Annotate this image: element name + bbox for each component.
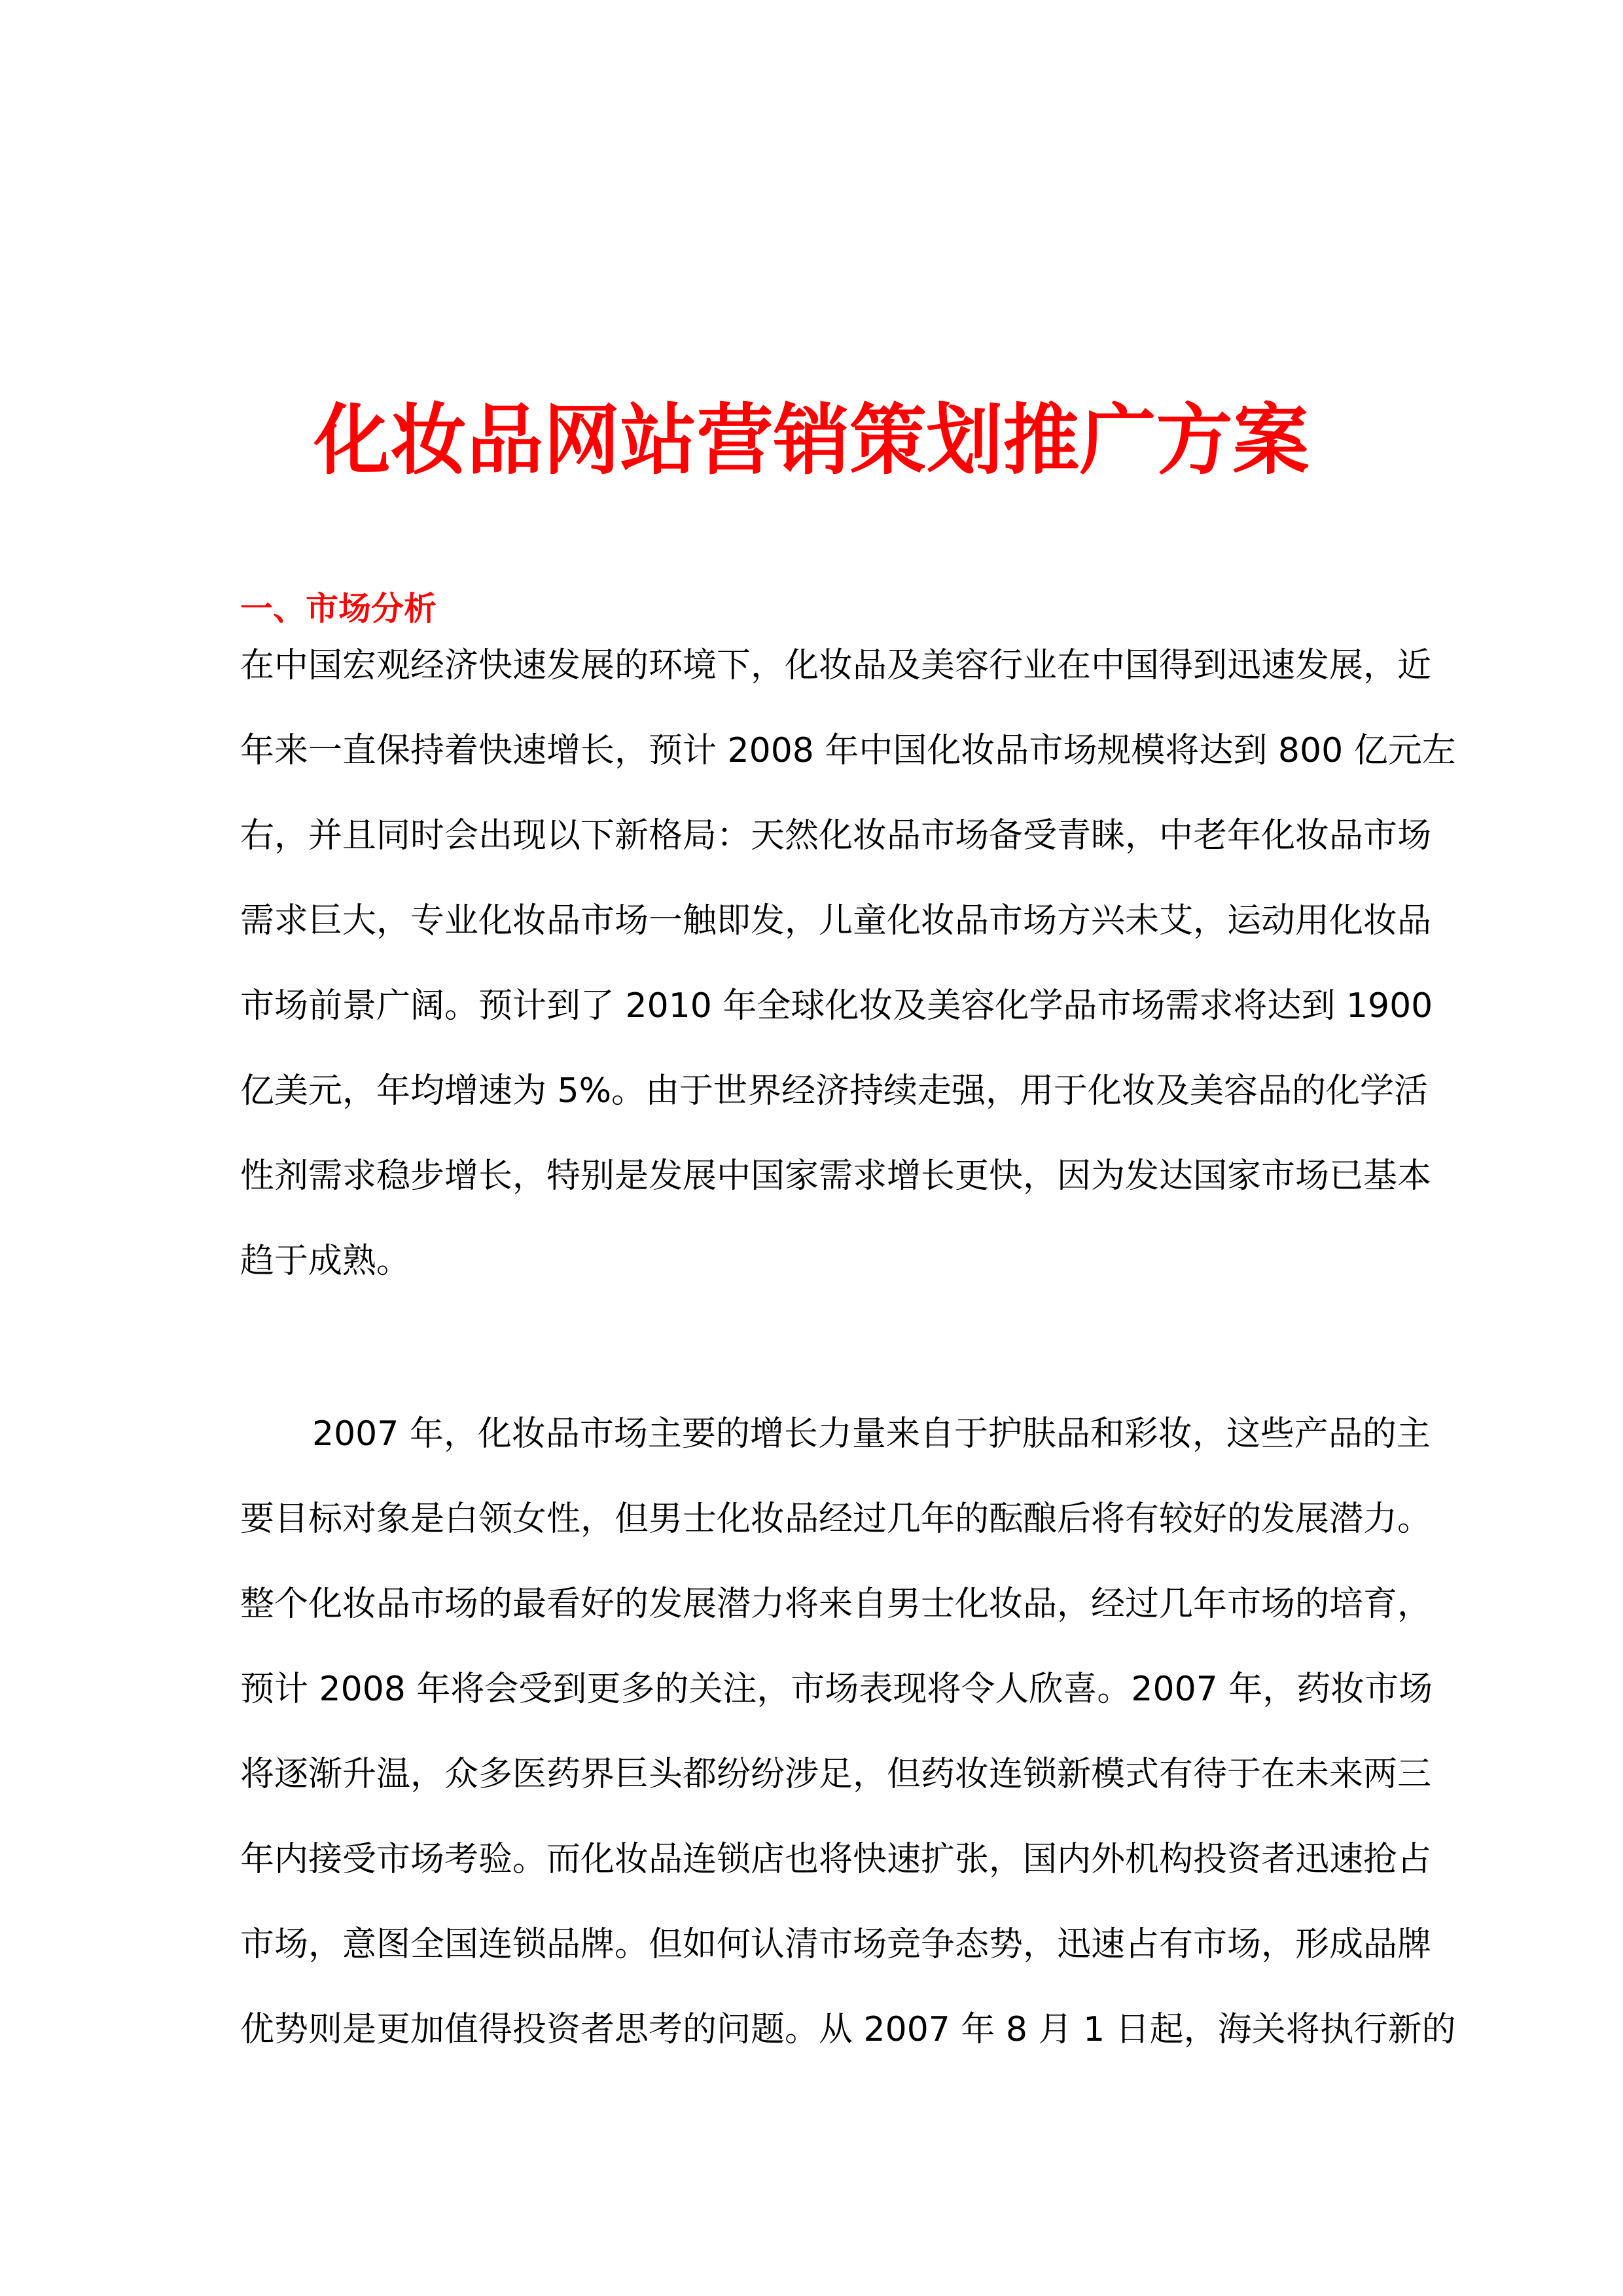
paragraph-2007-trends: 2007 年，化妆品市场主要的增长力量来自于护肤品和彩妆，这些产品的主 要目标对… (240, 1391, 1381, 2072)
paragraph-line: 预计 2008 年将会受到更多的关注，市场表现将令人欣喜。2007 年，药妆市场 (240, 1647, 1381, 1732)
paragraph-line: 2007 年，化妆品市场主要的增长力量来自于护肤品和彩妆，这些产品的主 (240, 1391, 1381, 1477)
paragraph-line: 市场前景广阔。预计到了 2010 年全球化妆及美容化学品市场需求将达到 1900 (240, 963, 1381, 1049)
document-title: 化妆品网站营销策划推广方案 (0, 398, 1623, 483)
paragraph-line: 性剂需求稳步增长，特别是发展中国家需求增长更快，因为发达国家市场已基本 (240, 1134, 1381, 1219)
paragraph-line: 右，并且同时会出现以下新格局：天然化妆品市场备受青睐，中老年化妆品市场 (240, 793, 1381, 878)
document-page: 化妆品网站营销策划推广方案 一、市场分析 在中国宏观经济快速发展的环境下，化妆品… (0, 0, 1623, 2296)
paragraph-line: 将逐渐升温，众多医药界巨头都纷纷涉足，但药妆连锁新模式有待于在未来两三 (240, 1732, 1381, 1817)
paragraph-line: 年内接受市场考验。而化妆品连锁店也将快速扩张，国内外机构投资者迅速抢占 (240, 1817, 1381, 1902)
paragraph-line: 趋于成熟。 (240, 1219, 1381, 1304)
paragraph-line: 优势则是更加值得投资者思考的问题。从 2007 年 8 月 1 日起，海关将执行… (240, 1987, 1381, 2072)
paragraph-line: 要目标对象是白领女性，但男士化妆品经过几年的酝酿后将有较好的发展潜力。 (240, 1477, 1381, 1562)
paragraph-market-overview: 在中国宏观经济快速发展的环境下，化妆品及美容行业在中国得到迅速发展，近 年来一直… (240, 623, 1381, 1304)
paragraph-line: 在中国宏观经济快速发展的环境下，化妆品及美容行业在中国得到迅速发展，近 (240, 623, 1381, 708)
paragraph-line: 市场，意图全国连锁品牌。但如何认清市场竞争态势，迅速占有市场，形成品牌 (240, 1902, 1381, 1987)
paragraph-line: 整个化妆品市场的最看好的发展潜力将来自男士化妆品，经过几年市场的培育， (240, 1562, 1381, 1647)
paragraph-line: 年来一直保持着快速增长，预计 2008 年中国化妆品市场规模将达到 800 亿元… (240, 708, 1381, 793)
paragraph-line: 亿美元，年均增速为 5%。由于世界经济持续走强，用于化妆及美容品的化学活 (240, 1049, 1381, 1134)
paragraph-line: 需求巨大，专业化妆品市场一触即发，儿童化妆品市场方兴未艾，运动用化妆品 (240, 878, 1381, 963)
